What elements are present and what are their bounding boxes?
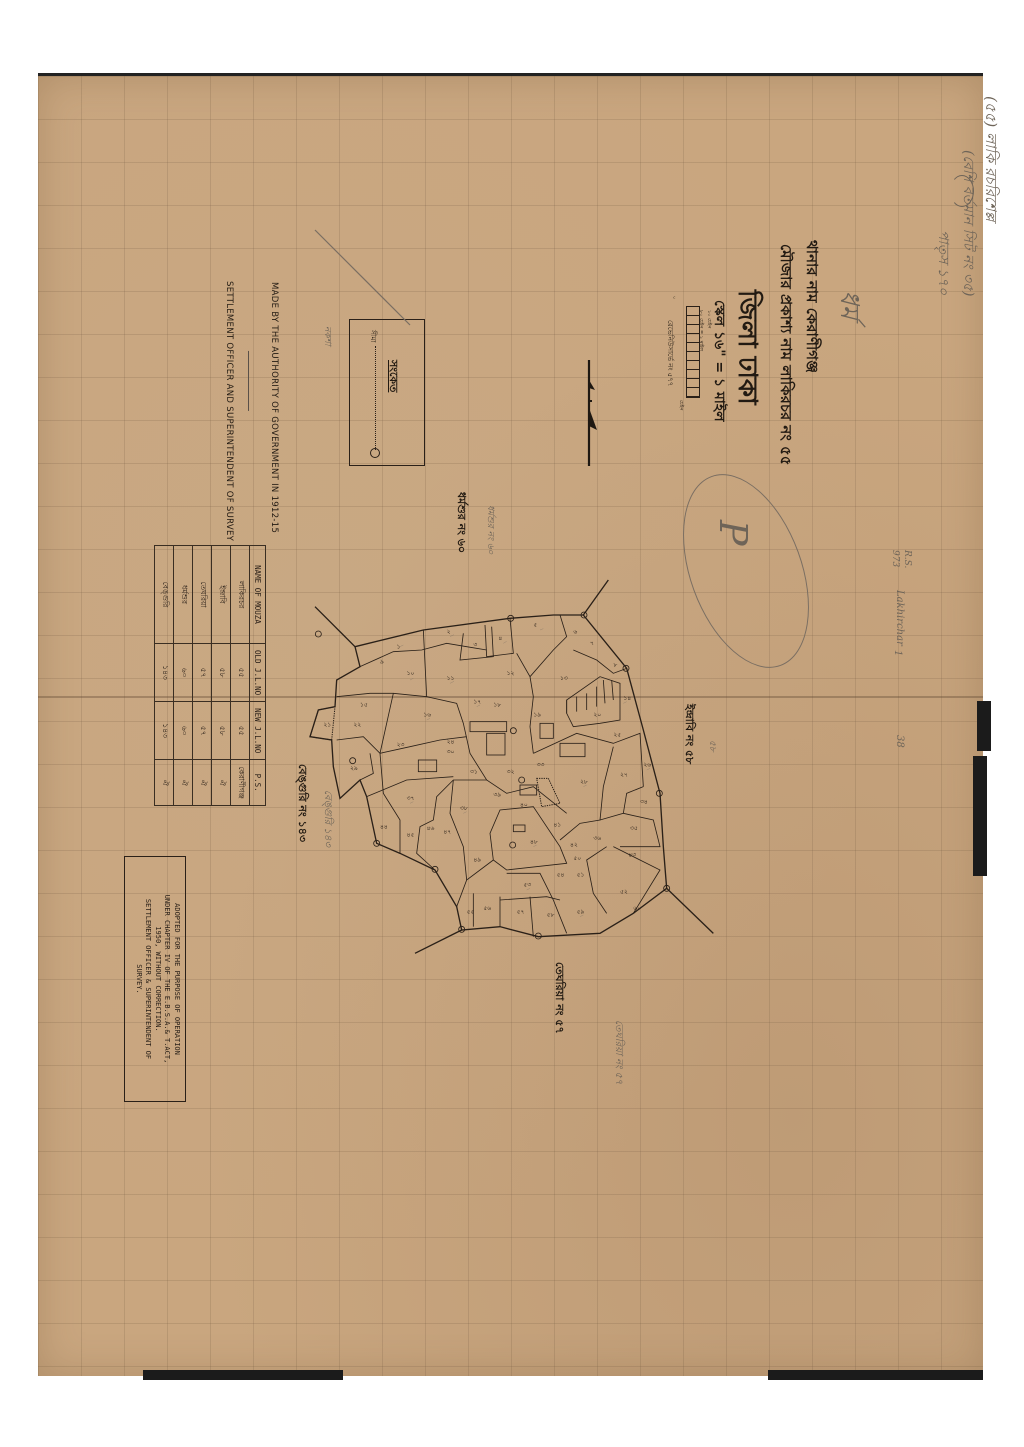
boundary-label-bottom: তেঘরিয়া নং ৫৭ <box>549 962 568 1034</box>
svg-text:৩৬: ৩৬ <box>593 835 601 842</box>
svg-text:১৯: ১৯ <box>533 712 541 719</box>
torn-edge <box>977 701 991 751</box>
thana-name: থানার নাম কেরাণীগঞ্জ <box>798 240 823 373</box>
boundary-label-top: ধর্মশুর নং ৬০ <box>451 492 470 553</box>
settlement-officer: SETTLEMENT OFFICER AND SUPERINTENDENT OF… <box>224 281 234 541</box>
pencil-bracket <box>950 175 974 207</box>
svg-text:৫৯: ৫৯ <box>577 908 585 915</box>
torn-edge <box>143 1370 343 1380</box>
svg-text:২০: ২০ <box>593 712 601 719</box>
mouza-name-cell: বেঙ্গুরি <box>155 546 174 644</box>
legend-box: সংকেত সীমা <box>349 319 425 466</box>
stamp-line: ADOPTED FOR THE PURPOSE OF OPERATION <box>172 865 182 1093</box>
svg-text:৪৭: ৪৭ <box>443 828 451 835</box>
svg-text:১৬: ১৬ <box>423 712 431 719</box>
stamp-line: SURVEY. <box>134 865 144 1093</box>
svg-text:৩২: ৩২ <box>507 768 515 775</box>
ps-cell: ঐ <box>174 760 193 806</box>
pencil-note: ধর্ম <box>826 290 870 319</box>
ps-cell: ঐ <box>212 760 231 806</box>
stamp-line: 1950, WITHOUT CORRECTION. <box>153 865 163 1093</box>
svg-text:৩১: ৩১ <box>470 768 478 775</box>
svg-text:৪৫: ৪৫ <box>407 832 415 839</box>
svg-text:৯: ৯ <box>380 658 384 665</box>
table-row: বেঙ্গুরি ১৪৩ ১৪৩ ঐ <box>155 546 174 806</box>
torn-edge <box>973 756 987 876</box>
pencil-boundary-note: ধর্মশুর নং ৬০ <box>483 505 498 554</box>
pencil-boundary-note: বেঙ্গুরি ১৪৩ <box>318 790 335 847</box>
scale-bar-label: ১০ চেইন <box>704 310 712 328</box>
scale-bar-caption: রেভেনিউসার্ভে নং ৫৭৭ <box>664 320 676 386</box>
scale-bar-label: ০ <box>669 296 677 299</box>
svg-text:১: ১ <box>397 643 401 650</box>
svg-text:৫৫: ৫৫ <box>467 908 475 915</box>
svg-text:২৫: ২৫ <box>613 732 621 739</box>
old-jl-cell: ৫৭ <box>193 644 212 702</box>
svg-text:১২: ১২ <box>507 670 515 677</box>
new-jl-cell: ৬০ <box>174 702 193 760</box>
mouza-table: NAME OF MOUZA OLD J.L.NO NEW J.L.NO P.S.… <box>154 545 266 806</box>
scale-bar-label: চেইন <box>676 400 684 410</box>
new-jl-cell: ৫৭ <box>193 702 212 760</box>
pencil-circled-letter: P <box>711 520 755 546</box>
svg-text:৩৫: ৩৫ <box>630 825 638 832</box>
new-jl-cell: ৫৫ <box>231 702 250 760</box>
svg-text:১০: ১০ <box>407 670 415 677</box>
pencil-note-side: 38 <box>894 735 905 748</box>
svg-text:৫৬: ৫৬ <box>483 905 491 912</box>
svg-text:৮: ৮ <box>613 662 617 669</box>
svg-text:৫২: ৫২ <box>620 888 628 895</box>
svg-text:১৪: ১৪ <box>623 695 631 702</box>
ps-cell: ঐ <box>155 760 174 806</box>
svg-text:২৮: ২৮ <box>580 778 588 785</box>
svg-text:৩৮: ৩৮ <box>460 805 468 812</box>
svg-text:২৪: ২৪ <box>447 738 455 745</box>
table-row: ধর্মশুর ৬০ ৬০ ঐ <box>174 546 193 806</box>
svg-text:৬০: ৬০ <box>633 905 641 912</box>
legend-boundary-line <box>375 346 376 450</box>
pencil-note-side: 973 <box>890 550 900 567</box>
svg-text:৫১: ৫১ <box>577 872 585 879</box>
svg-text:৩৩: ৩৩ <box>537 762 545 769</box>
mouza-name-cell: লাকিরচর <box>231 546 250 644</box>
svg-text:৪৩: ৪৩ <box>628 852 636 859</box>
mouza-name-cell: ইন্দ্রাবি <box>212 546 231 644</box>
table-row: ইন্দ্রাবি ৫৮ ৫৮ ঐ <box>212 546 231 806</box>
pencil-note-corner: পাতৃস ১৭০ <box>931 230 955 295</box>
svg-text:১৮: ১৮ <box>493 702 501 709</box>
table-header: OLD J.L.NO <box>250 644 266 702</box>
svg-text:৪৬: ৪৬ <box>427 825 435 832</box>
svg-text:৪: ৪ <box>498 635 502 642</box>
svg-text:৪৯: ৪৯ <box>473 857 481 864</box>
mouza-name-cell: তেঘরিয়া <box>193 546 212 644</box>
svg-text:২১: ২১ <box>323 722 331 729</box>
svg-text:২২: ২২ <box>353 722 361 729</box>
mouza-name-cell: ধর্মশুর <box>174 546 193 644</box>
stamp-line: SETTLEMENT OFFICER & SUPERINTENDENT OF <box>143 865 153 1093</box>
pencil-boundary-note: ৫৮ <box>705 740 720 752</box>
svg-text:৫৪: ৫৪ <box>557 872 565 879</box>
scale-bar-label: ৮০ চেইন = ১ মাইল <box>696 310 704 351</box>
table-header: NEW J.L.NO <box>250 702 266 760</box>
pencil-boundary-note: তেঘরিয়া নং ৫৭ <box>609 1020 626 1085</box>
svg-text:১১: ১১ <box>447 675 455 682</box>
svg-text:২৩: ২৩ <box>397 742 405 749</box>
ps-cell: ঐ <box>193 760 212 806</box>
pencil-note-side: 1 <box>892 650 903 656</box>
pencil-note-corner: (৫৫) লাকি রচরিশেল্ল <box>977 96 1002 221</box>
svg-text:৪১: ৪১ <box>553 822 561 829</box>
north-arrow-icon <box>560 360 630 470</box>
svg-text:১৭: ১৭ <box>473 698 481 705</box>
svg-text:২৬: ২৬ <box>643 762 651 769</box>
torn-edge <box>768 1370 983 1380</box>
pencil-strike <box>310 225 420 335</box>
svg-text:৬: ৬ <box>573 628 577 635</box>
old-jl-cell: ৫৫ <box>231 644 250 702</box>
svg-text:৫০: ৫০ <box>573 855 581 862</box>
svg-text:২৯: ২৯ <box>350 765 358 772</box>
pencil-note-side: Lakhirchar <box>894 590 905 646</box>
old-jl-cell: ৫৮ <box>212 644 231 702</box>
table-header: NAME OF MOUZA <box>250 546 266 644</box>
svg-text:৪৮: ৪৮ <box>530 838 538 845</box>
svg-text:৩৭: ৩৭ <box>407 795 415 802</box>
ps-cell: কেরাণীগঞ্জ <box>231 760 250 806</box>
table-row: তেঘরিয়া ৫৭ ৫৭ ঐ <box>193 546 212 806</box>
svg-text:৪২: ৪২ <box>570 842 578 849</box>
svg-text:৪৪: ৪৪ <box>380 823 388 830</box>
old-jl-cell: ১৪৩ <box>155 644 174 702</box>
svg-text:৩: ৩ <box>473 642 477 649</box>
svg-text:৩৪: ৩৪ <box>640 798 648 805</box>
made-by-authority: MADE BY THE AUTHORITY OF GOVERNMENT IN 1… <box>269 282 279 533</box>
svg-text:৩০: ৩০ <box>447 748 455 755</box>
svg-text:৫: ৫ <box>533 622 537 629</box>
svg-text:২৭: ২৭ <box>620 772 628 779</box>
old-jl-cell: ৬০ <box>174 644 193 702</box>
pencil-note-corner: (বেশি বর্তমান সিট নং ৩৫) <box>956 150 980 296</box>
legend-title: সংকেত <box>383 360 402 392</box>
svg-text:৫৩: ৫৩ <box>523 882 531 889</box>
table-row: লাকিরচর ৫৫ ৫৫ কেরাণীগঞ্জ <box>231 546 250 806</box>
new-jl-cell: ১৪৩ <box>155 702 174 760</box>
svg-text:৫৭: ৫৭ <box>517 908 525 915</box>
svg-text:২: ২ <box>447 628 451 635</box>
pencil-note-side: R.S. <box>902 550 912 568</box>
mouza-plot-map: ১২৩৪ ৫৬৭৮ ৯১০১১১২ ১৩১৪১৫১৬ ১৭১৮১৯২০ ২১২২… <box>300 580 720 960</box>
table-header: P.S. <box>250 760 266 806</box>
stamp-line: UNDER CHAPTER IV OF THE E.B.S.A.& T.ACT, <box>162 865 172 1093</box>
mouza-table-wrap: NAME OF MOUZA OLD J.L.NO NEW J.L.NO P.S.… <box>154 545 266 806</box>
svg-text:৭: ৭ <box>590 640 594 647</box>
new-jl-cell: ৫৮ <box>212 702 231 760</box>
adoption-stamp: ADOPTED FOR THE PURPOSE OF OPERATION UND… <box>124 856 186 1102</box>
svg-text:৪০: ৪০ <box>520 802 528 809</box>
svg-text:১৩: ১৩ <box>560 675 568 682</box>
trijunction-marker-icon <box>370 448 380 458</box>
mouza-name: মৌজার প্রকাশ্য নাম লাকিরচর নং ৫৫ <box>772 244 797 466</box>
svg-text:১৫: ১৫ <box>360 702 368 709</box>
svg-text:৫৮: ৫৮ <box>547 912 555 919</box>
signature <box>248 349 263 411</box>
svg-text:৩৯: ৩৯ <box>493 792 501 799</box>
